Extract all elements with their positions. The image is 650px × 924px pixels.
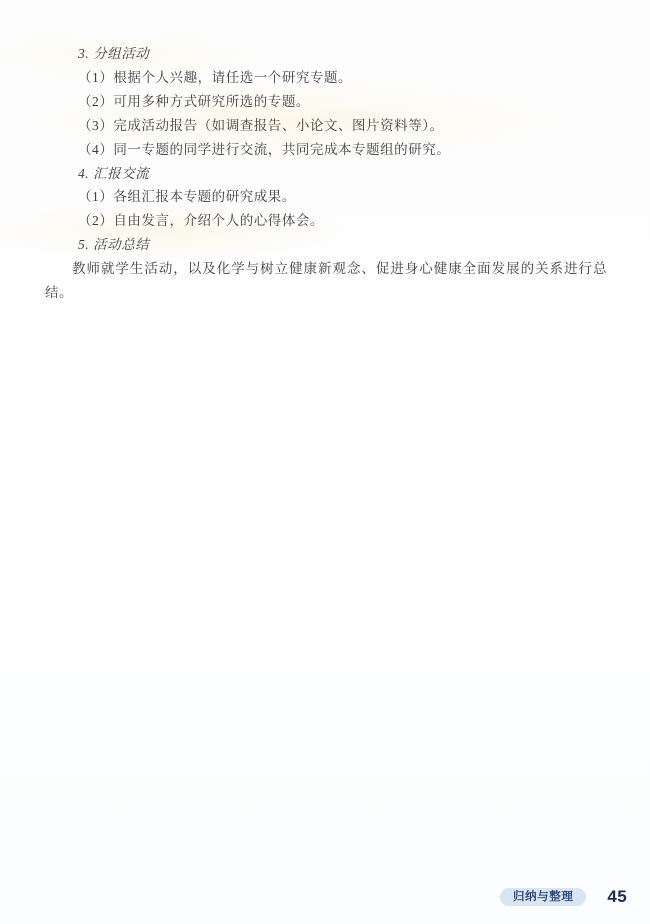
text-line-heading: 5. 活动总结 xyxy=(45,233,607,257)
text-line-item: （3）完成活动报告（如调查报告、小论文、图片资料等）。 xyxy=(45,114,607,138)
section-badge: 归纳与整理 xyxy=(500,888,586,906)
text-line-item: （1）根据个人兴趣，请任选一个研究专题。 xyxy=(45,66,607,90)
text-line-item: （1）各组汇报本专题的研究成果。 xyxy=(45,185,607,209)
text-line-heading: 4. 汇报交流 xyxy=(45,162,607,186)
page-footer: 归纳与整理 45 xyxy=(500,887,627,907)
text-line-item: （2）可用多种方式研究所选的专题。 xyxy=(45,90,607,114)
text-line-item: （2）自由发言，介绍个人的心得体会。 xyxy=(45,209,607,233)
text-line-item: （4）同一专题的同学进行交流，共同完成本专题组的研究。 xyxy=(45,138,607,162)
page-number: 45 xyxy=(607,887,627,907)
page-content: 3. 分组活动（1）根据个人兴趣，请任选一个研究专题。（2）可用多种方式研究所选… xyxy=(45,42,607,305)
text-block: 3. 分组活动（1）根据个人兴趣，请任选一个研究专题。（2）可用多种方式研究所选… xyxy=(45,42,607,305)
text-line-heading: 3. 分组活动 xyxy=(45,42,607,66)
text-line-para: 教师就学生活动，以及化学与树立健康新观念、促进身心健康全面发展的关系进行总结。 xyxy=(45,257,607,305)
